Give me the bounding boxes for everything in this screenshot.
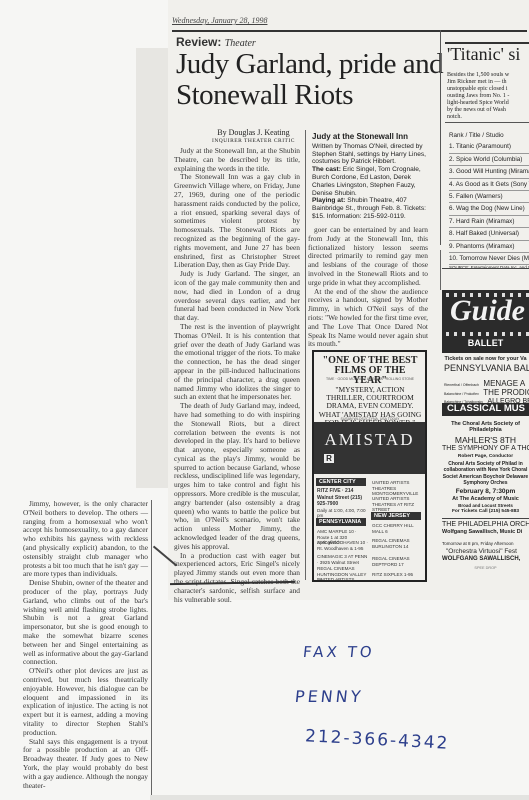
concert-venue: At The Academy of Music [442, 496, 529, 502]
concert-time: Tomorrow at 8 pm, Friday Afternoon [442, 541, 529, 546]
chart-item: 9. Phantoms (Miramax) [449, 241, 529, 253]
article-column-2: goer can be entertained by and learn fro… [308, 226, 428, 349]
listing-header: CENTER CITY [316, 478, 366, 486]
collaboration: Choral Arts Society of Philad in collabo… [442, 461, 529, 486]
listing-entry: UNITED ARTISTS THEATRES AT CHELTENHAM SQ… [317, 577, 369, 582]
listing-entry: GCC CHERRY HILL MALL 6 [372, 523, 424, 534]
listing-text: RITZ FIVE · 214 Walnut Street (215) 925-… [317, 488, 362, 507]
byline-title: INQUIRER THEATER CRITIC [212, 137, 295, 146]
chart-item: 1. Titanic (Paramount) [449, 141, 529, 153]
byline-author: By Douglas J. Keating [212, 128, 295, 137]
ballet-tickets: Tickets on sale now for your Va [442, 356, 529, 362]
column-divider [305, 130, 306, 580]
column-divider [151, 500, 152, 800]
paragraph: Denise Shubin, owner of the theater and … [23, 579, 148, 667]
paragraph: The rest is the invention of playwright … [174, 323, 300, 402]
amistad-ad: "ONE OF THE BEST FILMS OF THE YEAR" TIME… [312, 350, 427, 582]
info-playing-label: Playing at: [312, 197, 345, 204]
paragraph: In a production cast with eager but inex… [174, 552, 300, 605]
info-cast-label: The cast: [312, 166, 341, 173]
choral-title: The Choral Arts Society of Philadelphia [442, 421, 529, 433]
paragraph: goer can be entertained by and learn fro… [308, 226, 428, 288]
chart-item: 7. Hard Rain (Miramax) [449, 216, 529, 228]
ad-quote-headline: "ONE OF THE BEST FILMS OF THE YEAR" [318, 356, 422, 386]
orchestra-name: THE PHILADELPHIA ORCHE [442, 521, 529, 528]
listing-entry: RITZ SIXPLEX 1-95 [372, 572, 424, 578]
concert-streets: Broad and Locust Streets [442, 503, 529, 508]
kicker-label: Review: [176, 35, 221, 49]
classical-header: CLASSICAL MUS [442, 403, 529, 416]
listing-entry: AMC WOODHAVEN 10 · Rt. Woodhaven & 1-95 [317, 540, 369, 551]
body-line: notch. [447, 114, 529, 121]
rating-badge: R [324, 454, 334, 463]
byline: By Douglas J. Keating INQUIRER THEATER C… [212, 128, 295, 146]
column-divider [440, 250, 441, 290]
paragraph: The Stonewall Inn was a gay club in Gree… [174, 173, 300, 270]
body-line: Besides the 1,500 souls w [447, 72, 529, 79]
body-line: by the news out of Wash [447, 107, 529, 114]
sidebar-headline: 'Titanic' si [447, 44, 520, 65]
handwritten-fax-to: FAX TO [302, 643, 375, 661]
symphony-title: THE SYMPHONY OF A THO [442, 445, 529, 452]
body-line: ousting Jaws from No. 1 - [447, 93, 529, 100]
music-director: Wolfgang Sawallisch, Music Di [442, 529, 529, 535]
chart-rule [445, 122, 529, 123]
conductor: Robert Page, Conductor [442, 454, 529, 459]
article-column-1: Judy at the Stonewall Inn, at the Shubin… [174, 147, 300, 604]
concert-tickets: For Tickets Call (215) 545-883 [442, 509, 529, 514]
box-office-chart: Rank / Title / Studio 1. Titanic (Paramo… [449, 130, 529, 271]
listing-entry: RITZ FIVE · 214 Walnut Street (215) 925-… [317, 488, 369, 519]
guide-title: Guide To [450, 294, 529, 328]
handwritten-fax-number: 212-366-4342 [305, 726, 450, 754]
chart-item: 10. Tomorrow Never Dies (MGM [449, 253, 529, 265]
listing-entry: UNITED ARTISTS THEATRES AT RITZ STREET [372, 496, 424, 513]
listing-entry: UNITED ARTISTS THEATRES MONTGOMERYVILLE [372, 480, 424, 497]
ad-title-block: AMISTAD R [314, 422, 425, 474]
handwritten-recipient: PENNY [294, 687, 364, 706]
box-office-sidebar: 'Titanic' si Besides the 1,500 souls w J… [440, 30, 529, 245]
ad-quote2-credit: SUSAN WLOSZCZYNA, USA TODAY [318, 417, 422, 421]
movie-title: AMISTAD [314, 430, 425, 450]
body-line: light-hearted Spice World [447, 100, 529, 107]
guide-subtitle: BALLET [442, 338, 529, 348]
body-line: Jim Rickner met in — th [447, 79, 529, 86]
scan-edge [150, 795, 529, 800]
paragraph: At the end of the show the audience rece… [308, 288, 428, 350]
paragraph: The death of Judy Garland may, indeed, h… [174, 402, 300, 552]
show-info-box: Judy at the Stonewall Inn Written by Tho… [312, 133, 428, 221]
chart-item: 6. Wag the Dog (New Line) [449, 203, 529, 215]
speaker-credit: SPEE DROP [442, 566, 529, 570]
chart-item: 5. Fallen (Warners) [449, 191, 529, 203]
info-title: Judy at the Stonewall Inn [312, 133, 428, 141]
mahler-title: MAHLER'S 8TH [442, 435, 529, 445]
paragraph: Stahl says this engagement is a tryout f… [23, 738, 148, 791]
dateline: Wednesday, January 28, 1998 [172, 16, 267, 25]
listing-entry: REGAL CINEMAS DEPTFORD 17 [372, 556, 424, 567]
chart-item: 8. Half Baked (Universal) [449, 228, 529, 240]
listing-entry: REGAL CINEMAS BURLINGTON 14 [372, 538, 424, 549]
guide-banner: Guide To BALLET [442, 290, 529, 353]
ballet-company: PENNSYLVANIA BALLE [442, 363, 529, 373]
body-line: unstoppable epic closed i [447, 86, 529, 93]
info-credits: Written by Thomas O'Neil, directed by St… [312, 143, 428, 166]
listing-header: PENNSYLVANIA [316, 518, 366, 526]
chart-item: 4. As Good as It Gets (Sony Tri [449, 179, 529, 191]
concert-date: February 8, 7:30pm [442, 488, 529, 495]
chart-item: 2. Spice World (Columbia) [449, 154, 529, 166]
listing-entry: CINEMAGIC 3 AT PENN · 3925 Walnut Street [317, 554, 369, 565]
article-headline: Judy Garland, pride and Stonewall Riots [176, 49, 446, 111]
listing-header: NEW JERSEY [371, 512, 421, 520]
section-rule [442, 268, 529, 269]
marquee-lights [446, 332, 529, 336]
paragraph: Jimmy, however, is the only character O'… [23, 500, 148, 579]
paragraph: Judy is Judy Garland. The singer, an ico… [174, 270, 300, 323]
section-rule [442, 518, 529, 519]
sidebar-body: Besides the 1,500 souls w Jim Rickner me… [447, 72, 529, 121]
guide-to-ad: Guide To BALLET Tickets on sale now for … [442, 290, 529, 590]
festival-title: "Orchestra Virtuosi" Fest [442, 548, 529, 555]
conductor-name: WOLFGANG SAWALLISCH, [442, 556, 529, 562]
ad-quote-credit: TIME · GOOD MORNING AMERICA · ROLLING ST… [318, 377, 422, 381]
listing-text: Daily at 1:00, 4:00, 7:00 pm [317, 508, 366, 519]
paragraph: O'Neil's other plot devices are just as … [23, 667, 148, 737]
chart-item: 3. Good Will Hunting (Miramax) [449, 166, 529, 178]
chart-header: Rank / Title / Studio [449, 130, 529, 141]
paragraph: Judy at the Stonewall Inn, at the Shubin… [174, 147, 300, 173]
article-column-3: Jimmy, however, is the only character O'… [23, 500, 148, 790]
section-kicker: Review: Theater [176, 35, 256, 49]
